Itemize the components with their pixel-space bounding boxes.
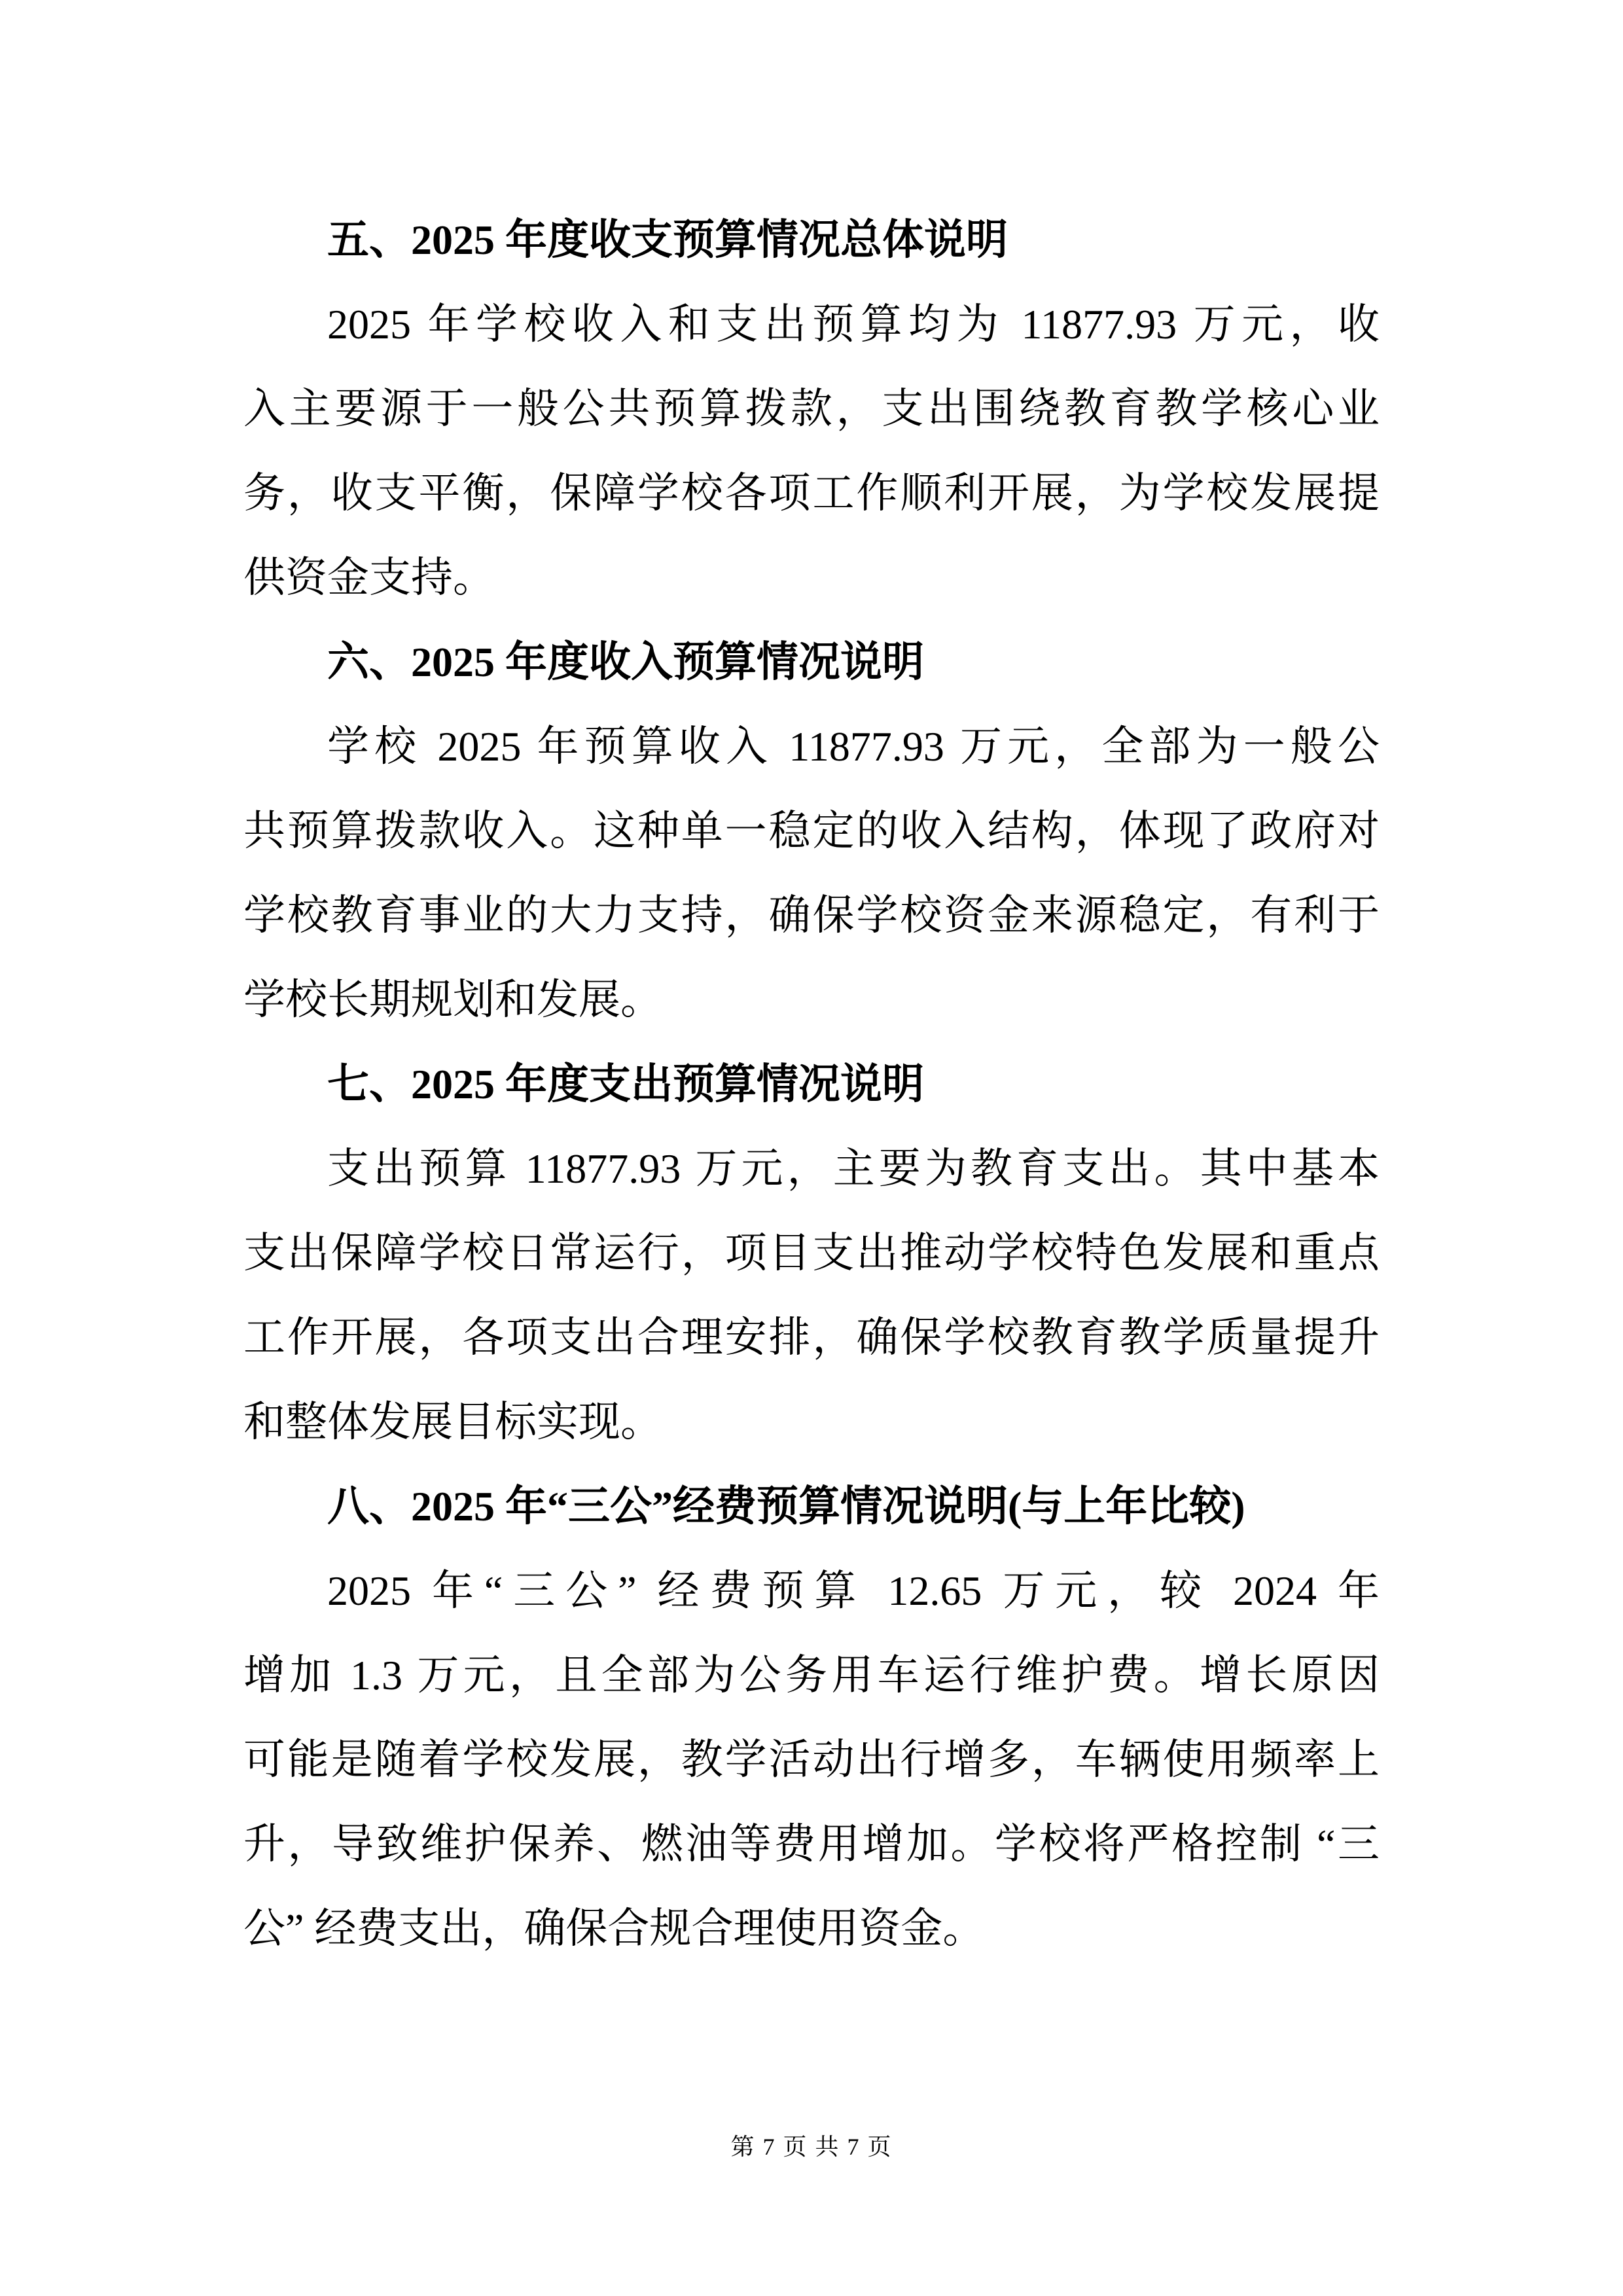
body-line: 公” 经费支出，确保合规合理使用资金。 [243, 1886, 1380, 1971]
body-line: 学校长期规划和发展。 [243, 958, 1380, 1042]
body-line: 可能是随着学校发展，教学活动出行增多，车辆使用频率上 [243, 1717, 1380, 1802]
body-line: 增加 1.3 万元，且全部为公务用车运行维护费。增长原因 [243, 1633, 1380, 1717]
body-line: 学校教育事业的大力支持，确保学校资金来源稳定，有利于 [243, 873, 1380, 958]
body-line: 学校 2025 年预算收入 11877.93 万元，全部为一般公 [243, 704, 1380, 789]
section-6-heading: 六、2025 年度收入预算情况说明 [243, 620, 1380, 704]
page-footer: 第 7 页 共 7 页 [0, 2132, 1623, 2161]
section-5-body: 2025 年学校收入和支出预算均为 11877.93 万元，收 入主要源于一般公… [243, 282, 1380, 620]
document-page: 五、2025 年度收支预算情况总体说明 2025 年学校收入和支出预算均为 11… [0, 0, 1623, 2296]
document-content: 五、2025 年度收支预算情况总体说明 2025 年学校收入和支出预算均为 11… [243, 198, 1380, 1971]
section-7-heading: 七、2025 年度支出预算情况说明 [243, 1042, 1380, 1126]
section-5-heading: 五、2025 年度收支预算情况总体说明 [243, 198, 1380, 282]
body-line: 务，收支平衡，保障学校各项工作顺利开展，为学校发展提 [243, 451, 1380, 535]
section-8-heading: 八、2025 年“三公”经费预算情况说明(与上年比较) [243, 1464, 1380, 1549]
body-line: 共预算拨款收入。这种单一稳定的收入结构，体现了政府对 [243, 789, 1380, 873]
section-7-body: 支出预算 11877.93 万元，主要为教育支出。其中基本 支出保障学校日常运行… [243, 1126, 1380, 1464]
body-line: 升，导致维护保养、燃油等费用增加。学校将严格控制 “三 [243, 1802, 1380, 1886]
section-6-body: 学校 2025 年预算收入 11877.93 万元，全部为一般公 共预算拨款收入… [243, 704, 1380, 1042]
body-line: 2025 年学校收入和支出预算均为 11877.93 万元，收 [243, 282, 1380, 367]
body-line: 供资金支持。 [243, 535, 1380, 620]
body-line: 2025 年“三公” 经费预算 12.65 万元，较 2024 年 [243, 1549, 1380, 1633]
body-line: 工作开展，各项支出合理安排，确保学校教育教学质量提升 [243, 1295, 1380, 1380]
body-line: 和整体发展目标实现。 [243, 1380, 1380, 1464]
body-line: 支出保障学校日常运行，项目支出推动学校特色发展和重点 [243, 1211, 1380, 1295]
body-line: 入主要源于一般公共预算拨款，支出围绕教育教学核心业 [243, 367, 1380, 451]
section-8-body: 2025 年“三公” 经费预算 12.65 万元，较 2024 年 增加 1.3… [243, 1549, 1380, 1971]
body-line: 支出预算 11877.93 万元，主要为教育支出。其中基本 [243, 1126, 1380, 1211]
